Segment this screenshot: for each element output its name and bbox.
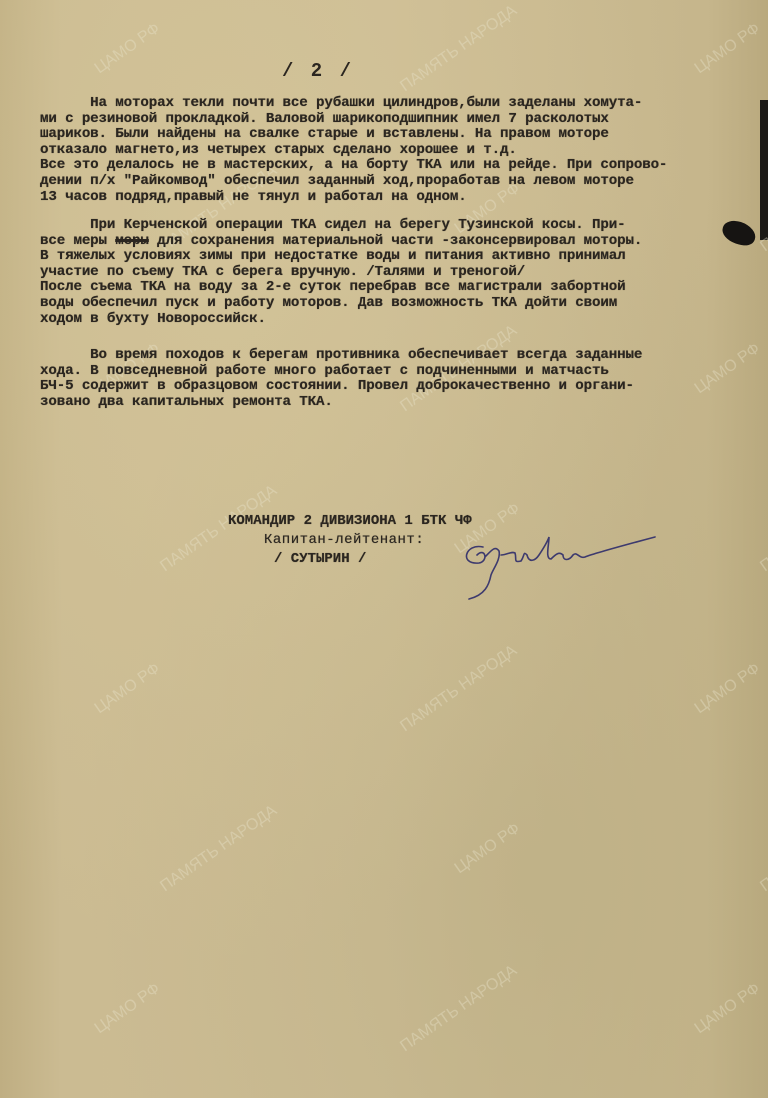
signature-block: КОМАНДИР 2 ДИВИЗИОНА 1 БТК ЧФ Капитан-ле… <box>228 512 472 569</box>
archive-watermark: ЦАМО РФ <box>92 660 164 718</box>
archive-watermark: ЦАМО РФ <box>92 980 164 1038</box>
text-line: В тяжелых условиях зимы при недостатке в… <box>40 249 752 265</box>
page-edge-shadow <box>760 100 768 240</box>
archive-watermark: ПАМЯТЬ НАРОДА <box>757 802 768 896</box>
archive-watermark: ЦАМО РФ <box>92 20 164 78</box>
text-line: дении п/х "Райкомвод" обеспечил заданный… <box>40 174 752 190</box>
archive-watermark: ПАМЯТЬ НАРОДА <box>397 642 520 736</box>
archive-watermark: ЦАМО РФ <box>692 20 764 78</box>
text-line: все меры меры для сохранения материально… <box>40 234 752 250</box>
text-line: хода. В повседневной работе много работа… <box>40 364 752 380</box>
archive-watermark: ЦАМО РФ <box>452 820 524 878</box>
signatory-rank: Капитан-лейтенант: <box>228 531 472 550</box>
text-line: Все это делалось не в мастерских, а на б… <box>40 158 752 174</box>
text-line: ми с резиновой прокладкой. Валовой шарик… <box>40 112 752 128</box>
document-page: ЦАМО РФПАМЯТЬ НАРОДАЦАМО РФПАМЯТЬ НАРОДА… <box>0 0 768 1098</box>
paragraph-kerch-operation: При Керченской операции ТКА сидел на бер… <box>40 218 752 327</box>
archive-watermark: ПАМЯТЬ НАРОДА <box>397 962 520 1056</box>
text-line: ходом в бухту Новороссийск. <box>40 312 752 328</box>
page-number: / 2 / <box>282 60 354 82</box>
text-line: БЧ-5 содержит в образцовом состоянии. Пр… <box>40 379 752 395</box>
text-line: 13 часов подряд,правый не тянул и работа… <box>40 190 752 206</box>
paragraph-daily-work: Во время походов к берегам противника об… <box>40 348 752 410</box>
text-line: На моторах текли почти все рубашки цилин… <box>40 96 752 112</box>
signatory-title: КОМАНДИР 2 ДИВИЗИОНА 1 БТК ЧФ <box>228 512 472 531</box>
archive-watermark: ПАМЯТЬ НАРОДА <box>757 482 768 576</box>
archive-watermark: ЦАМО РФ <box>692 660 764 718</box>
text-line: Во время походов к берегам противника об… <box>40 348 752 364</box>
archive-watermark: ПАМЯТЬ НАРОДА <box>397 2 520 96</box>
signatory-name: / СУТЫРИН / <box>228 550 472 569</box>
archive-watermark: ПАМЯТЬ НАРОДА <box>157 802 280 896</box>
archive-watermark: ЦАМО РФ <box>692 980 764 1038</box>
paragraph-engine-repairs: На моторах текли почти все рубашки цилин… <box>40 96 752 205</box>
text-line: воды обеспечил пуск и работу моторов. Да… <box>40 296 752 312</box>
text-line: После съема ТКА на воду за 2-е суток пер… <box>40 280 752 296</box>
text-line: При Керченской операции ТКА сидел на бер… <box>40 218 752 234</box>
struck-word: меры <box>115 233 148 249</box>
text-line: шариков. Были найдены на свалке старые и… <box>40 127 752 143</box>
handwritten-signature-icon <box>455 525 675 605</box>
text-line: зовано два капитальных ремонта ТКА. <box>40 395 752 411</box>
